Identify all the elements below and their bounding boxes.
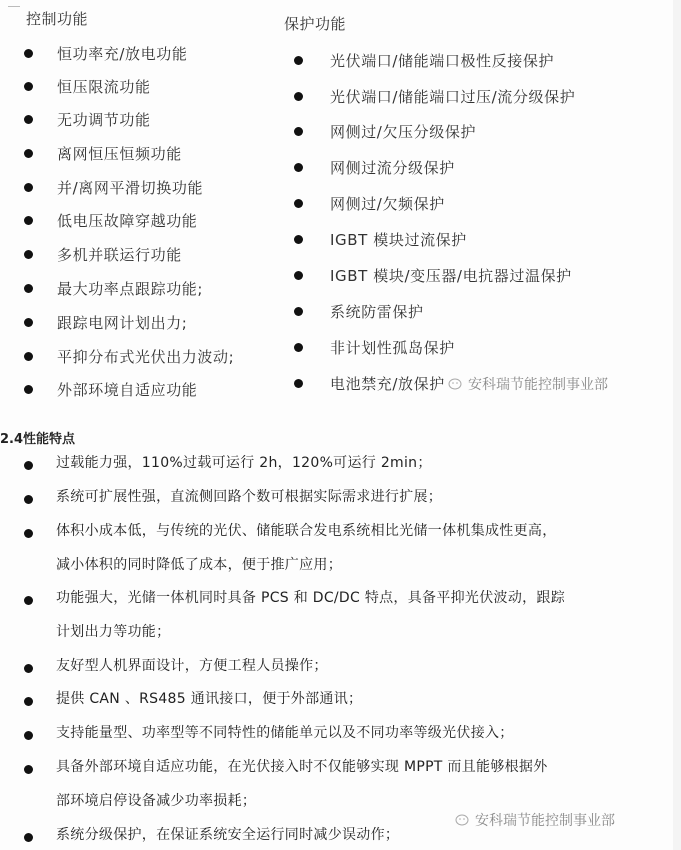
bullet-icon (24, 596, 33, 605)
bullet-icon (24, 250, 33, 259)
list-item: 光伏端口/储能端口极性反接保护 (282, 47, 554, 73)
list-item: 并/离网平滑切换功能 (0, 174, 203, 200)
bullet-icon (24, 149, 33, 158)
list-item: 电池禁充/放保护 (282, 370, 445, 396)
bullet-icon (24, 49, 33, 58)
bullet-icon (24, 352, 33, 361)
bullet-icon (24, 731, 33, 740)
list-item: 平抑分布式光伏出力波动; (0, 343, 234, 369)
bullet-icon (294, 127, 303, 136)
bullet-icon (24, 765, 33, 774)
bullet-icon (24, 529, 33, 538)
list-item: 外部环境自适应功能 (0, 376, 197, 402)
page-edge (673, 0, 681, 850)
list-item: 光伏端口/储能端口过压/流分级保护 (282, 83, 575, 109)
bullet-icon (294, 163, 303, 172)
bullet-icon (24, 183, 33, 192)
list-item: 网侧过/欠频保护 (282, 190, 445, 216)
wechat-icon (448, 377, 464, 391)
bullet-icon (294, 379, 303, 388)
bullet-icon (24, 318, 33, 327)
control-functions-title: 控制功能 (26, 8, 88, 29)
bullet-icon (24, 697, 33, 706)
watermark: 安科瑞节能控制事业部 (455, 810, 615, 830)
document-page: 控制功能 恒功率充/放电功能 恒压限流功能 无功调节功能 离网恒压恒频功能 并/… (0, 0, 681, 850)
list-item: 最大功率点跟踪功能; (0, 275, 203, 301)
bullet-icon (294, 199, 303, 208)
list-item: 非计划性孤岛保护 (282, 334, 455, 360)
bullet-icon (24, 385, 33, 394)
list-item: 恒功率充/放电功能 (0, 40, 187, 66)
bullet-icon (24, 833, 33, 842)
bullet-icon (294, 307, 303, 316)
bullet-icon (24, 461, 33, 470)
bullet-icon (294, 56, 303, 65)
list-item: 低电压故障穿越功能 (0, 207, 197, 233)
list-item: 离网恒压恒频功能 (0, 140, 182, 166)
bullet-icon (294, 343, 303, 352)
list-item: 网侧过/欠压分级保护 (282, 118, 476, 144)
list-item: IGBT 模块/变压器/电抗器过温保护 (282, 262, 572, 288)
list-item: 系统防雷保护 (282, 298, 424, 324)
protection-functions-title: 保护功能 (284, 13, 346, 34)
bullet-icon (24, 284, 33, 293)
list-item: 跟踪电网计划出力; (0, 309, 187, 335)
performance-section-title: 2.4性能特点 (0, 428, 75, 447)
bullet-icon (294, 235, 303, 244)
list-item: 多机并联运行功能 (0, 241, 182, 267)
corner-mark (8, 6, 20, 7)
bullet-icon (24, 115, 33, 124)
bullet-icon (24, 664, 33, 673)
wechat-icon (455, 813, 471, 827)
bullet-icon (294, 92, 303, 101)
bullet-icon (294, 271, 303, 280)
bullet-icon (24, 216, 33, 225)
list-item: 网侧过流分级保护 (282, 154, 455, 180)
list-item: IGBT 模块过流保护 (282, 226, 467, 252)
bullet-icon (24, 82, 33, 91)
bullet-icon (24, 495, 33, 504)
watermark: 安科瑞节能控制事业部 (448, 374, 608, 394)
list-item: 无功调节功能 (0, 106, 151, 132)
list-item: 恒压限流功能 (0, 73, 151, 99)
